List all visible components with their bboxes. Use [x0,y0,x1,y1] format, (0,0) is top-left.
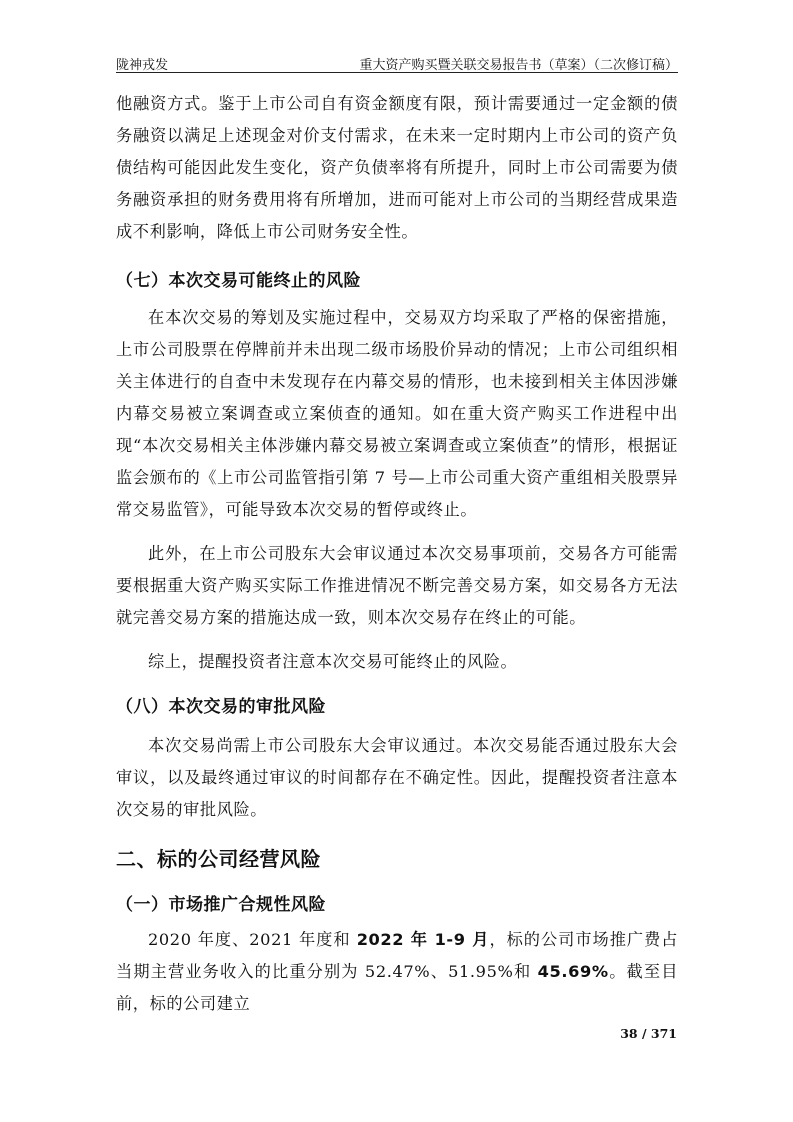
section-heading-termination-risk: （七）本次交易可能终止的风险 [116,270,678,292]
section-heading-approval-risk: （八）本次交易的审批风险 [116,696,678,718]
paragraph-financing-risk: 他融资方式。鉴于上市公司自有资金额度有限，预计需要通过一定金额的债务融资以满足上… [116,88,678,248]
page-number: 38 / 371 [620,1026,677,1041]
paragraph-termination-confidentiality: 在本次交易的筹划及实施过程中，交易双方均采取了严格的保密措施，上市公司股票在停牌… [116,302,678,526]
paragraph-termination-plan-adjustment: 此外，在上市公司股东大会审议通过本次交易事项前，交易各方可能需要根据重大资产购买… [116,538,678,634]
page-body: 他融资方式。鉴于上市公司自有资金额度有限，预计需要通过一定金额的债务融资以满足上… [116,88,678,1020]
section-heading-marketing-compliance-risk: （一）市场推广合规性风险 [116,894,678,916]
paragraph-termination-summary: 综上，提醒投资者注意本次交易可能终止的风险。 [116,646,678,678]
text-span: 2020 年度、2021 年度和 [148,930,357,949]
paragraph-approval-risk: 本次交易尚需上市公司股东大会审议通过。本次交易能否通过股东大会审议，以及最终通过… [116,730,678,826]
header-company: 陇神戎发 [116,54,168,73]
bold-ratio: 45.69% [538,962,609,981]
bold-period: 2022 年 1-9 月 [357,930,490,949]
header-doc-title: 重大资产购买暨关联交易报告书（草案）（二次修订稿） [359,54,678,73]
paragraph-marketing-expense-ratio: 2020 年度、2021 年度和 2022 年 1-9 月，标的公司市场推广费占… [116,924,678,1020]
chapter-heading-operating-risk: 二、标的公司经营风险 [116,846,678,872]
page-header: 陇神戎发 重大资产购买暨关联交易报告书（草案）（二次修订稿） [116,50,678,73]
